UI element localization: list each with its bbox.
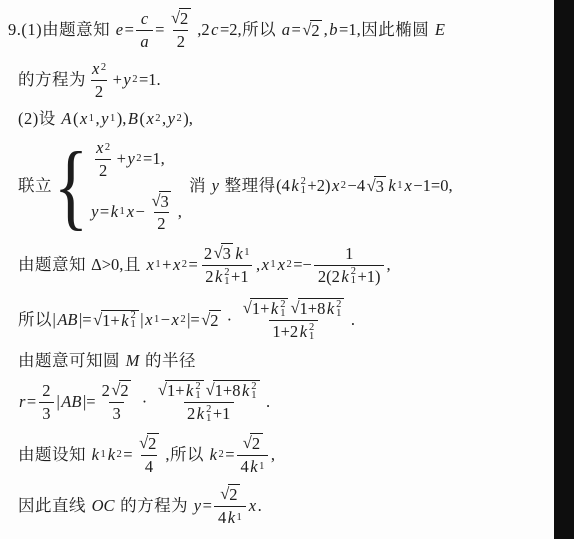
numerator: x2 [92, 138, 114, 159]
subscript: 1 [236, 512, 243, 525]
variable: A [60, 109, 72, 129]
radical-sign-icon: √ [171, 8, 180, 28]
radical-sign-icon: √ [290, 298, 299, 318]
radical-sign-icon: √ [220, 484, 229, 504]
math-run: , [386, 255, 391, 275]
variable: k [299, 322, 308, 342]
variable: y [122, 70, 131, 90]
subscript: 2 [181, 259, 188, 272]
stacked-indices: 21 [250, 382, 257, 400]
math-run: |= [78, 310, 92, 330]
radical-sign-icon: √ [367, 176, 376, 196]
fraction: 23 [39, 381, 54, 424]
equation-row: y=k1x−√32, [90, 191, 182, 235]
variable: k [290, 176, 299, 196]
denominator: 2(2k21+1) [314, 265, 384, 287]
variable: c [210, 20, 219, 40]
variable: k [120, 311, 129, 331]
denominator: 4k1 [237, 455, 268, 477]
numerator: √2 [216, 484, 244, 506]
variable: a [139, 32, 149, 52]
math-run: Δ>0, [91, 255, 124, 275]
math-run: . [257, 496, 262, 516]
variable: E [434, 20, 446, 40]
numerator: 1 [342, 244, 357, 265]
subscript: 1 [153, 314, 160, 327]
scan-edge-bar [554, 0, 574, 539]
variable: y [167, 109, 176, 129]
variable: OC [91, 496, 116, 516]
math-run: 1+8 [214, 381, 241, 401]
math-run: 1 [345, 244, 354, 264]
scanned-page: 9.(1)由题意知 e=ca=√22,2c=2,所以 a=√2,b=1,因此椭圆… [0, 0, 574, 539]
math-run: , [270, 445, 275, 465]
math-run: + [116, 149, 126, 169]
variable: x [146, 255, 155, 275]
fraction: √1+k21√1+8k212k21+1 [154, 380, 264, 424]
text-run: 所以 [170, 445, 209, 465]
radicand: 1+8k21 [213, 380, 259, 401]
text-run: 由题意可知圆 [18, 351, 125, 371]
fraction: x22 [92, 138, 114, 181]
stacked-indices: 21 [279, 300, 286, 318]
equation-rows: x22+y2=1,y=k1x−√32, [90, 138, 182, 234]
stacked-indices: 21 [335, 300, 342, 318]
system-of-equations: {x22+y2=1,y=k1x−√32, [54, 138, 182, 234]
math-run: 3 [112, 404, 121, 424]
superscript: 2 [132, 74, 139, 87]
variable: x [172, 255, 181, 275]
math-run: +1 [212, 404, 231, 424]
variable: k [185, 381, 194, 401]
numerator: 2√2 [98, 380, 135, 402]
variable: M [125, 351, 141, 371]
math-run: = [202, 496, 212, 516]
radical-sign-icon: √ [93, 310, 102, 330]
math-run: ,2 [197, 20, 210, 40]
stacked-indices: 21 [350, 267, 357, 285]
math-run: 2 [180, 9, 189, 29]
subscript: 1 [397, 180, 404, 193]
subscript: 1 [270, 259, 277, 272]
radical: √1+k21 [158, 380, 204, 401]
denominator: 2 [91, 80, 106, 102]
radical: √2 [171, 8, 191, 29]
math-run: = [123, 445, 133, 465]
text-line-step-1-ellipse-equation: 的方程为x22+y2=1. [18, 57, 550, 103]
denominator: 2 [173, 30, 188, 52]
radical: √2 [111, 380, 131, 401]
subscript: 1 [336, 309, 341, 318]
math-run: 2 [98, 161, 107, 181]
variable: y [211, 176, 220, 196]
math-run: + [162, 255, 172, 275]
equation-row: x22+y2=1, [90, 138, 182, 181]
variable: e [115, 20, 124, 40]
subscript: 2 [218, 449, 225, 462]
variable: k [209, 445, 218, 465]
numerator: 2√3k1 [200, 243, 253, 265]
math-run: , [177, 202, 182, 222]
math-run: =1, [143, 149, 166, 169]
math-run: = [124, 20, 134, 40]
math-run: 2 [157, 214, 166, 234]
denominator: 3 [109, 402, 124, 424]
math-run: =1, [339, 20, 362, 40]
variable: k [249, 457, 258, 477]
math-run: 3 [222, 244, 231, 264]
fraction: √24k1 [214, 484, 245, 528]
variable: y [90, 202, 99, 222]
fraction: √24k1 [237, 433, 268, 477]
numerator: √2 [135, 433, 163, 455]
text-run: 由题设知 [18, 445, 91, 465]
text-line-step-2-slope-product: 由题设知 k1k2=√24,所以 k2=√24k1, [18, 429, 550, 481]
math-run: = [225, 445, 235, 465]
radical-sign-icon: √ [201, 310, 210, 330]
radicand: 2 [310, 20, 322, 41]
text-run: 整理得 [220, 176, 276, 196]
radical: √1+8k21 [290, 298, 344, 319]
variable: k [340, 267, 349, 287]
text-line-step-2-system-and-quadratic: 联立{x22+y2=1,y=k1x−√32, 消 y 整理得(4k21+2)x2… [18, 135, 550, 237]
radical: √2 [201, 310, 221, 331]
radicand: 1+8k21 [298, 298, 344, 319]
math-run: 4 [144, 457, 153, 477]
variable: x [171, 310, 180, 330]
text-line-step-2-vieta: 由题意知 Δ>0,且 x1+x2=2√3k12k21+1,x1x2=−12(2k… [18, 237, 550, 293]
text-run: 的方程为 [116, 496, 193, 516]
stacked-indices: 21 [300, 177, 307, 195]
text-run: 的半径 [140, 351, 196, 371]
text-run: 因此椭圆 [361, 20, 434, 40]
radical-sign-icon: √ [151, 191, 160, 211]
numerator: √1+k21√1+8k21 [239, 298, 349, 320]
math-run: =2, [219, 20, 242, 40]
math-run: . [266, 392, 271, 412]
math-run: 2 [311, 21, 320, 41]
text-run: 的方程为 [18, 70, 86, 90]
subscript: 1 [110, 113, 117, 126]
variable: k [270, 299, 279, 319]
radicand: 3 [374, 176, 386, 197]
radical: √1+k21 [93, 310, 139, 331]
math-run: 4 [217, 508, 226, 528]
variable: y [193, 496, 202, 516]
superscript: 2 [100, 62, 107, 75]
variable: y [126, 149, 135, 169]
numerator: 2 [39, 381, 54, 402]
variable: y [100, 109, 109, 129]
subscript: 1 [309, 332, 314, 341]
variable: k [196, 404, 205, 424]
superscript: 2 [104, 142, 111, 155]
fraction: 2√23 [98, 380, 135, 424]
fraction: √22 [167, 8, 195, 52]
stacked-indices: 21 [130, 311, 137, 329]
variable: B [127, 109, 139, 129]
radicand: 2 [179, 8, 191, 29]
radicand: 3 [159, 191, 171, 212]
radical-sign-icon: √ [214, 243, 223, 263]
radical: √3 [214, 243, 234, 264]
radical-sign-icon: √ [206, 380, 215, 400]
subscript: 2 [155, 113, 162, 126]
math-run: 2 [148, 434, 157, 454]
subscript: 1 [251, 391, 256, 400]
variable: a [281, 20, 291, 40]
text-run: 9.(1)由题意知 [8, 20, 115, 40]
text-run: 所以 [18, 310, 52, 330]
radicand: 3 [221, 243, 233, 264]
text-run: 消 [184, 176, 210, 196]
text-line-step-1-eccentricity: 9.(1)由题意知 e=ca=√22,2c=2,所以 a=√2,b=1,因此椭圆… [8, 3, 550, 57]
radicand: 2 [119, 380, 131, 401]
radical-sign-icon: √ [111, 380, 120, 400]
radical: √2 [139, 433, 159, 454]
radical-sign-icon: √ [158, 380, 167, 400]
subscript: 1 [155, 259, 162, 272]
stacked-indices: 21 [308, 323, 315, 341]
math-run: · [222, 310, 237, 330]
math-run: +1 [231, 267, 250, 287]
fraction: 12(2k21+1) [314, 244, 384, 287]
math-run: +1) [357, 267, 381, 287]
subscript: 1 [131, 320, 136, 329]
denominator: 4k1 [214, 506, 245, 528]
text-line-step-2-circle-radius-intro: 由题意可知圆 M 的半径 [18, 347, 550, 375]
variable: k [91, 445, 100, 465]
subscript: 1 [195, 391, 200, 400]
text-run: 因此直线 [18, 496, 91, 516]
math-run: = [291, 20, 301, 40]
math-run: 1+2 [272, 322, 299, 342]
text-line-step-2-radius-formula: r=23|AB|=2√23 · √1+k21√1+8k212k21+1. [18, 375, 550, 429]
math-run: 2 [251, 434, 260, 454]
numerator: √2 [167, 8, 195, 30]
subscript: 2 [286, 259, 293, 272]
math-run: 2 [94, 82, 103, 102]
subscript: 1 [119, 206, 126, 219]
math-run: . [350, 310, 355, 330]
subscript: 1 [88, 113, 95, 126]
radicand: 2 [228, 484, 240, 505]
subscript: 1 [206, 414, 211, 423]
radicand: 2 [209, 310, 221, 331]
stacked-indices: 21 [205, 405, 212, 423]
subscript: 1 [351, 276, 356, 285]
math-run: =1. [138, 70, 161, 90]
radicand: 1+k21 [250, 298, 288, 319]
variable: k [107, 445, 116, 465]
numerator: x2 [88, 59, 110, 80]
denominator: 1+2k21 [269, 320, 318, 342]
variable: k [234, 244, 243, 264]
math-run: 1+ [102, 311, 121, 331]
denominator: 2 [95, 159, 110, 181]
math-run: 2 [101, 381, 110, 401]
denominator: 3 [39, 402, 54, 424]
math-run: − [135, 202, 145, 222]
subscript: 1 [259, 461, 266, 474]
fraction: 2√3k12k21+1 [200, 243, 253, 287]
subscript: 1 [244, 247, 251, 260]
variable: x [91, 59, 100, 79]
math-run: ), [183, 109, 194, 129]
math-run: =− [293, 255, 313, 275]
math-run: ), [116, 109, 127, 129]
subscript: 1 [301, 186, 306, 195]
radical: √3 [367, 176, 387, 197]
math-run: + [112, 70, 122, 90]
left-brace: { [54, 138, 89, 234]
fraction: √24 [135, 433, 163, 477]
denominator: 4 [141, 455, 156, 477]
variable: x [404, 176, 413, 196]
variable: r [18, 392, 26, 412]
denominator: 2 [154, 212, 169, 234]
variable: x [261, 255, 270, 275]
variable: x [126, 202, 135, 222]
math-run: · [137, 392, 152, 412]
radicand: 2 [147, 433, 159, 454]
variable: c [140, 9, 149, 29]
solution-document: 9.(1)由题意知 e=ca=√22,2c=2,所以 a=√2,b=1,因此椭圆… [18, 3, 550, 531]
math-run: (4 [276, 176, 291, 196]
math-run: 3 [42, 404, 51, 424]
math-run: = [26, 392, 36, 412]
variable: AB [56, 310, 78, 330]
radical-sign-icon: √ [139, 433, 148, 453]
fraction: √1+k21√1+8k211+2k21 [239, 298, 349, 342]
stacked-indices: 21 [194, 382, 201, 400]
text-run: 由题意知 [18, 255, 91, 275]
math-run: = [99, 202, 109, 222]
subscript: 1 [100, 449, 107, 462]
radical: √1+k21 [243, 298, 289, 319]
math-run: 2 [176, 32, 185, 52]
fraction: x22 [88, 59, 110, 102]
subscript: 2 [180, 314, 187, 327]
denominator: a [136, 30, 152, 52]
text-run: 所以 [242, 20, 281, 40]
fraction: ca [136, 9, 152, 52]
radicand: 2 [250, 433, 262, 454]
math-run: 2 [42, 381, 51, 401]
superscript: 2 [340, 180, 347, 193]
variable: x [144, 310, 153, 330]
text-run: 联立 [18, 176, 52, 196]
radical: √2 [302, 20, 322, 41]
variable: b [328, 20, 338, 40]
math-run: 2 [120, 381, 129, 401]
radical: √1+8k21 [206, 380, 260, 401]
math-run: +2) [307, 176, 331, 196]
subscript: 2 [116, 449, 123, 462]
denominator: 2k21+1 [184, 402, 234, 424]
math-run: 2 [210, 311, 219, 331]
denominator: 2k21+1 [202, 265, 252, 287]
math-run: 2 [229, 485, 238, 505]
text-line-step-2-setup-points: (2)设 A(x1,y1),B(x2,y2), [18, 103, 550, 135]
radical-sign-icon: √ [243, 433, 252, 453]
variable: x [95, 138, 104, 158]
variable: k [387, 176, 396, 196]
text-line-step-2-line-oc: 因此直线 OC 的方程为 y=√24k1x. [18, 481, 550, 531]
math-run: 2 [203, 244, 212, 264]
subscript: 2 [176, 113, 183, 126]
variable: k [241, 381, 250, 401]
variable: k [326, 299, 335, 319]
math-run: − [160, 310, 170, 330]
variable: x [277, 255, 286, 275]
math-run: −1=0, [413, 176, 453, 196]
fraction: √32 [147, 191, 175, 235]
variable: k [227, 508, 236, 528]
variable: x [79, 109, 88, 129]
numerator: √3 [147, 191, 175, 213]
subscript: 1 [224, 277, 229, 286]
math-run: −4 [347, 176, 366, 196]
math-run: 2 [205, 267, 214, 287]
variable: x [248, 496, 257, 516]
variable: AB [60, 392, 82, 412]
stacked-indices: 21 [223, 268, 230, 286]
math-run: |= [82, 392, 96, 412]
math-run: 4 [240, 457, 249, 477]
radical-sign-icon: √ [302, 20, 311, 40]
math-run: 3 [375, 177, 384, 197]
radical-sign-icon: √ [243, 298, 252, 318]
radicand: 1+k21 [165, 380, 203, 401]
math-run: 1+8 [299, 299, 326, 319]
numerator: √1+k21√1+8k21 [154, 380, 264, 402]
numerator: √2 [239, 433, 267, 455]
math-run: |= [187, 310, 201, 330]
math-run: 2 [187, 404, 196, 424]
radical: √2 [243, 433, 263, 454]
variable: x [145, 109, 154, 129]
variable: k [110, 202, 119, 222]
radicand: 1+k21 [101, 310, 139, 331]
math-run: = [188, 255, 198, 275]
text-run: 且 [124, 255, 146, 275]
math-run: 3 [160, 192, 169, 212]
radical: √2 [220, 484, 240, 505]
math-run: 2(2 [317, 267, 340, 287]
radical: √3 [151, 191, 171, 212]
variable: x [331, 176, 340, 196]
math-run: 1+ [251, 299, 270, 319]
superscript: 2 [136, 153, 143, 166]
text-line-step-2-chord-length: 所以|AB|=√1+k21|x1−x2|=√2 · √1+k21√1+8k211… [18, 293, 550, 347]
numerator: c [137, 9, 152, 30]
subscript: 1 [280, 309, 285, 318]
variable: k [214, 267, 223, 287]
math-run: = [155, 20, 165, 40]
text-run: (2)设 [18, 109, 60, 129]
math-run: 1+ [166, 381, 185, 401]
